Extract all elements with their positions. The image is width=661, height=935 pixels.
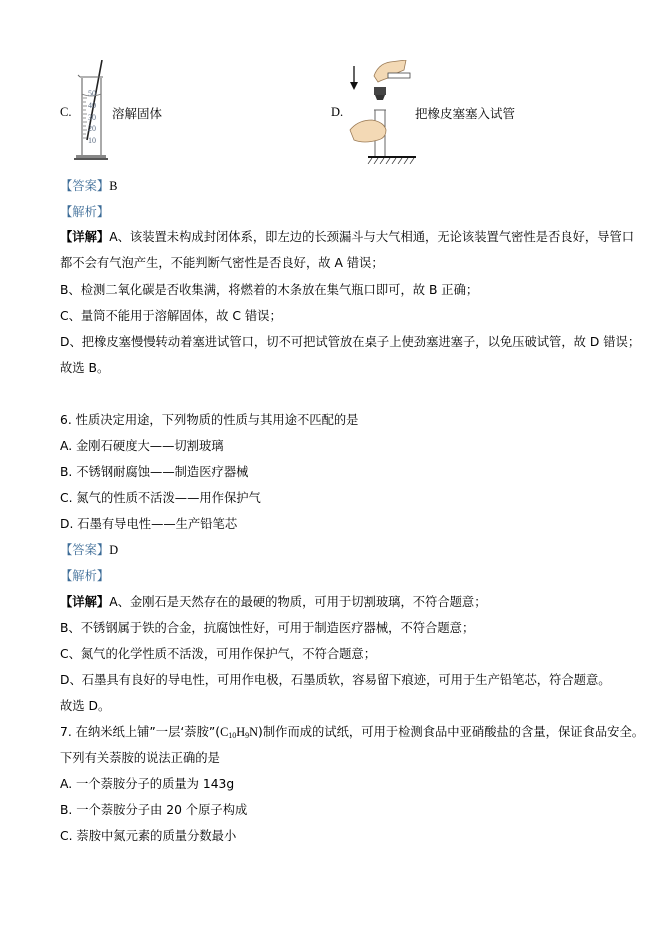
- option-d-text: 把橡皮塞塞入试管: [415, 104, 515, 122]
- answer-label: 【答案】: [60, 179, 109, 193]
- q5-detail-line-6: 故选 B。: [60, 360, 109, 376]
- option-c-text: 溶解固体: [112, 104, 162, 122]
- q5-detail-line-5: D、把橡皮塞慢慢转动着塞进试管口，切不可把试管放在桌子上使劲塞进塞子，以免压破试…: [60, 334, 640, 350]
- detail-text: A、该装置未构成封闭体系，即左边的长颈漏斗与大气相通，无论该装置气密性是否良好，…: [109, 230, 634, 244]
- q6-analysis-line: 【解析】: [60, 568, 109, 584]
- detail-text: A、金刚石是天然存在的最硬的物质，可用于切割玻璃，不符合题意；: [109, 595, 486, 609]
- q6-stem: 6. 性质决定用途，下列物质的性质与其用途不匹配的是: [60, 412, 358, 428]
- svg-text:10: 10: [88, 136, 96, 145]
- q7-option-b: B. 一个萘胺分子由 20 个原子构成: [60, 802, 247, 818]
- option-c-letter: C.: [60, 105, 71, 120]
- q5-detail-line-2: 都不会有气泡产生，不能判断气密性是否良好，故 A 错误；: [60, 255, 384, 271]
- analysis-label: 【解析】: [60, 205, 109, 219]
- q7-stem-suffix: )制作而成的试纸，可用于检测食品中亚硝酸盐的含量，保证食品安全。: [258, 725, 644, 739]
- q5-answer-line: 【答案】B: [60, 178, 117, 194]
- q6-answer-line: 【答案】D: [60, 542, 118, 558]
- formula-h: H: [236, 725, 245, 739]
- q5-detail-line-1: 【详解】A、该装置未构成封闭体系，即左边的长颈漏斗与大气相通，无论该装置气密性是…: [60, 229, 634, 245]
- answer-value: D: [109, 543, 118, 557]
- q6-option-b: B. 不锈钢耐腐蚀——制造医疗器械: [60, 464, 248, 480]
- q6-detail-line-3: C、氮气的化学性质不活泼，可用作保护气，不符合题意；: [60, 646, 376, 662]
- option-d-letter: D.: [331, 105, 343, 120]
- graduated-cylinder-icon: 50 40 30 20 10: [74, 60, 114, 162]
- q5-detail-line-4: C、量筒不能用于溶解固体，故 C 错误；: [60, 308, 282, 324]
- option-c-row: C. 50 40 30 20: [0, 58, 330, 168]
- answer-label: 【答案】: [60, 543, 109, 557]
- q6-option-c: C. 氮气的性质不活泼——用作保护气: [60, 490, 261, 506]
- q6-detail-line-4: D、石墨具有良好的导电性，可用作电极，石墨质软，容易留下痕迹，可用于生产铅笔芯，…: [60, 672, 611, 688]
- formula-n: N: [249, 725, 258, 739]
- detail-label: 【详解】: [60, 230, 109, 244]
- svg-text:30: 30: [88, 113, 96, 122]
- q6-detail-line-2: B、不锈钢属于铁的合金，抗腐蚀性好，可用于制造医疗器械，不符合题意；: [60, 620, 474, 636]
- svg-text:20: 20: [88, 124, 96, 133]
- q7-option-a: A. 一个萘胺分子的质量为 143g: [60, 776, 234, 792]
- q6-option-d: D. 石墨有导电性——生产铅笔芯: [60, 516, 237, 532]
- q6-option-a: A. 金刚石硬度大——切割玻璃: [60, 438, 224, 454]
- q7-stem-prefix: 7. 在纳米纸上铺”一层‘萘胺”(: [60, 725, 220, 739]
- q7-stem-line-2: 下列有关萘胺的说法正确的是: [60, 750, 220, 766]
- document-page: C. 50 40 30 20: [0, 0, 661, 935]
- analysis-label: 【解析】: [60, 569, 109, 583]
- svg-text:40: 40: [88, 101, 96, 110]
- q6-detail-line-1: 【详解】A、金刚石是天然存在的最硬的物质，可用于切割玻璃，不符合题意；: [60, 594, 487, 610]
- q5-detail-line-3: B、检测二氧化碳是否收集满，将燃着的木条放在集气瓶口即可，故 B 正确；: [60, 282, 478, 298]
- svg-text:50: 50: [88, 89, 96, 98]
- answer-value: B: [109, 179, 117, 193]
- q7-stem-line-1: 7. 在纳米纸上铺”一层‘萘胺”(C10H9N)制作而成的试纸，可用于检测食品中…: [60, 724, 644, 740]
- q5-analysis-line: 【解析】: [60, 204, 109, 220]
- detail-label: 【详解】: [60, 595, 109, 609]
- q6-detail-line-5: 故选 D。: [60, 698, 110, 714]
- option-d-row: D. 把橡皮塞塞入试管: [330, 58, 661, 168]
- q7-option-c: C. 萘胺中氮元素的质量分数最小: [60, 828, 236, 844]
